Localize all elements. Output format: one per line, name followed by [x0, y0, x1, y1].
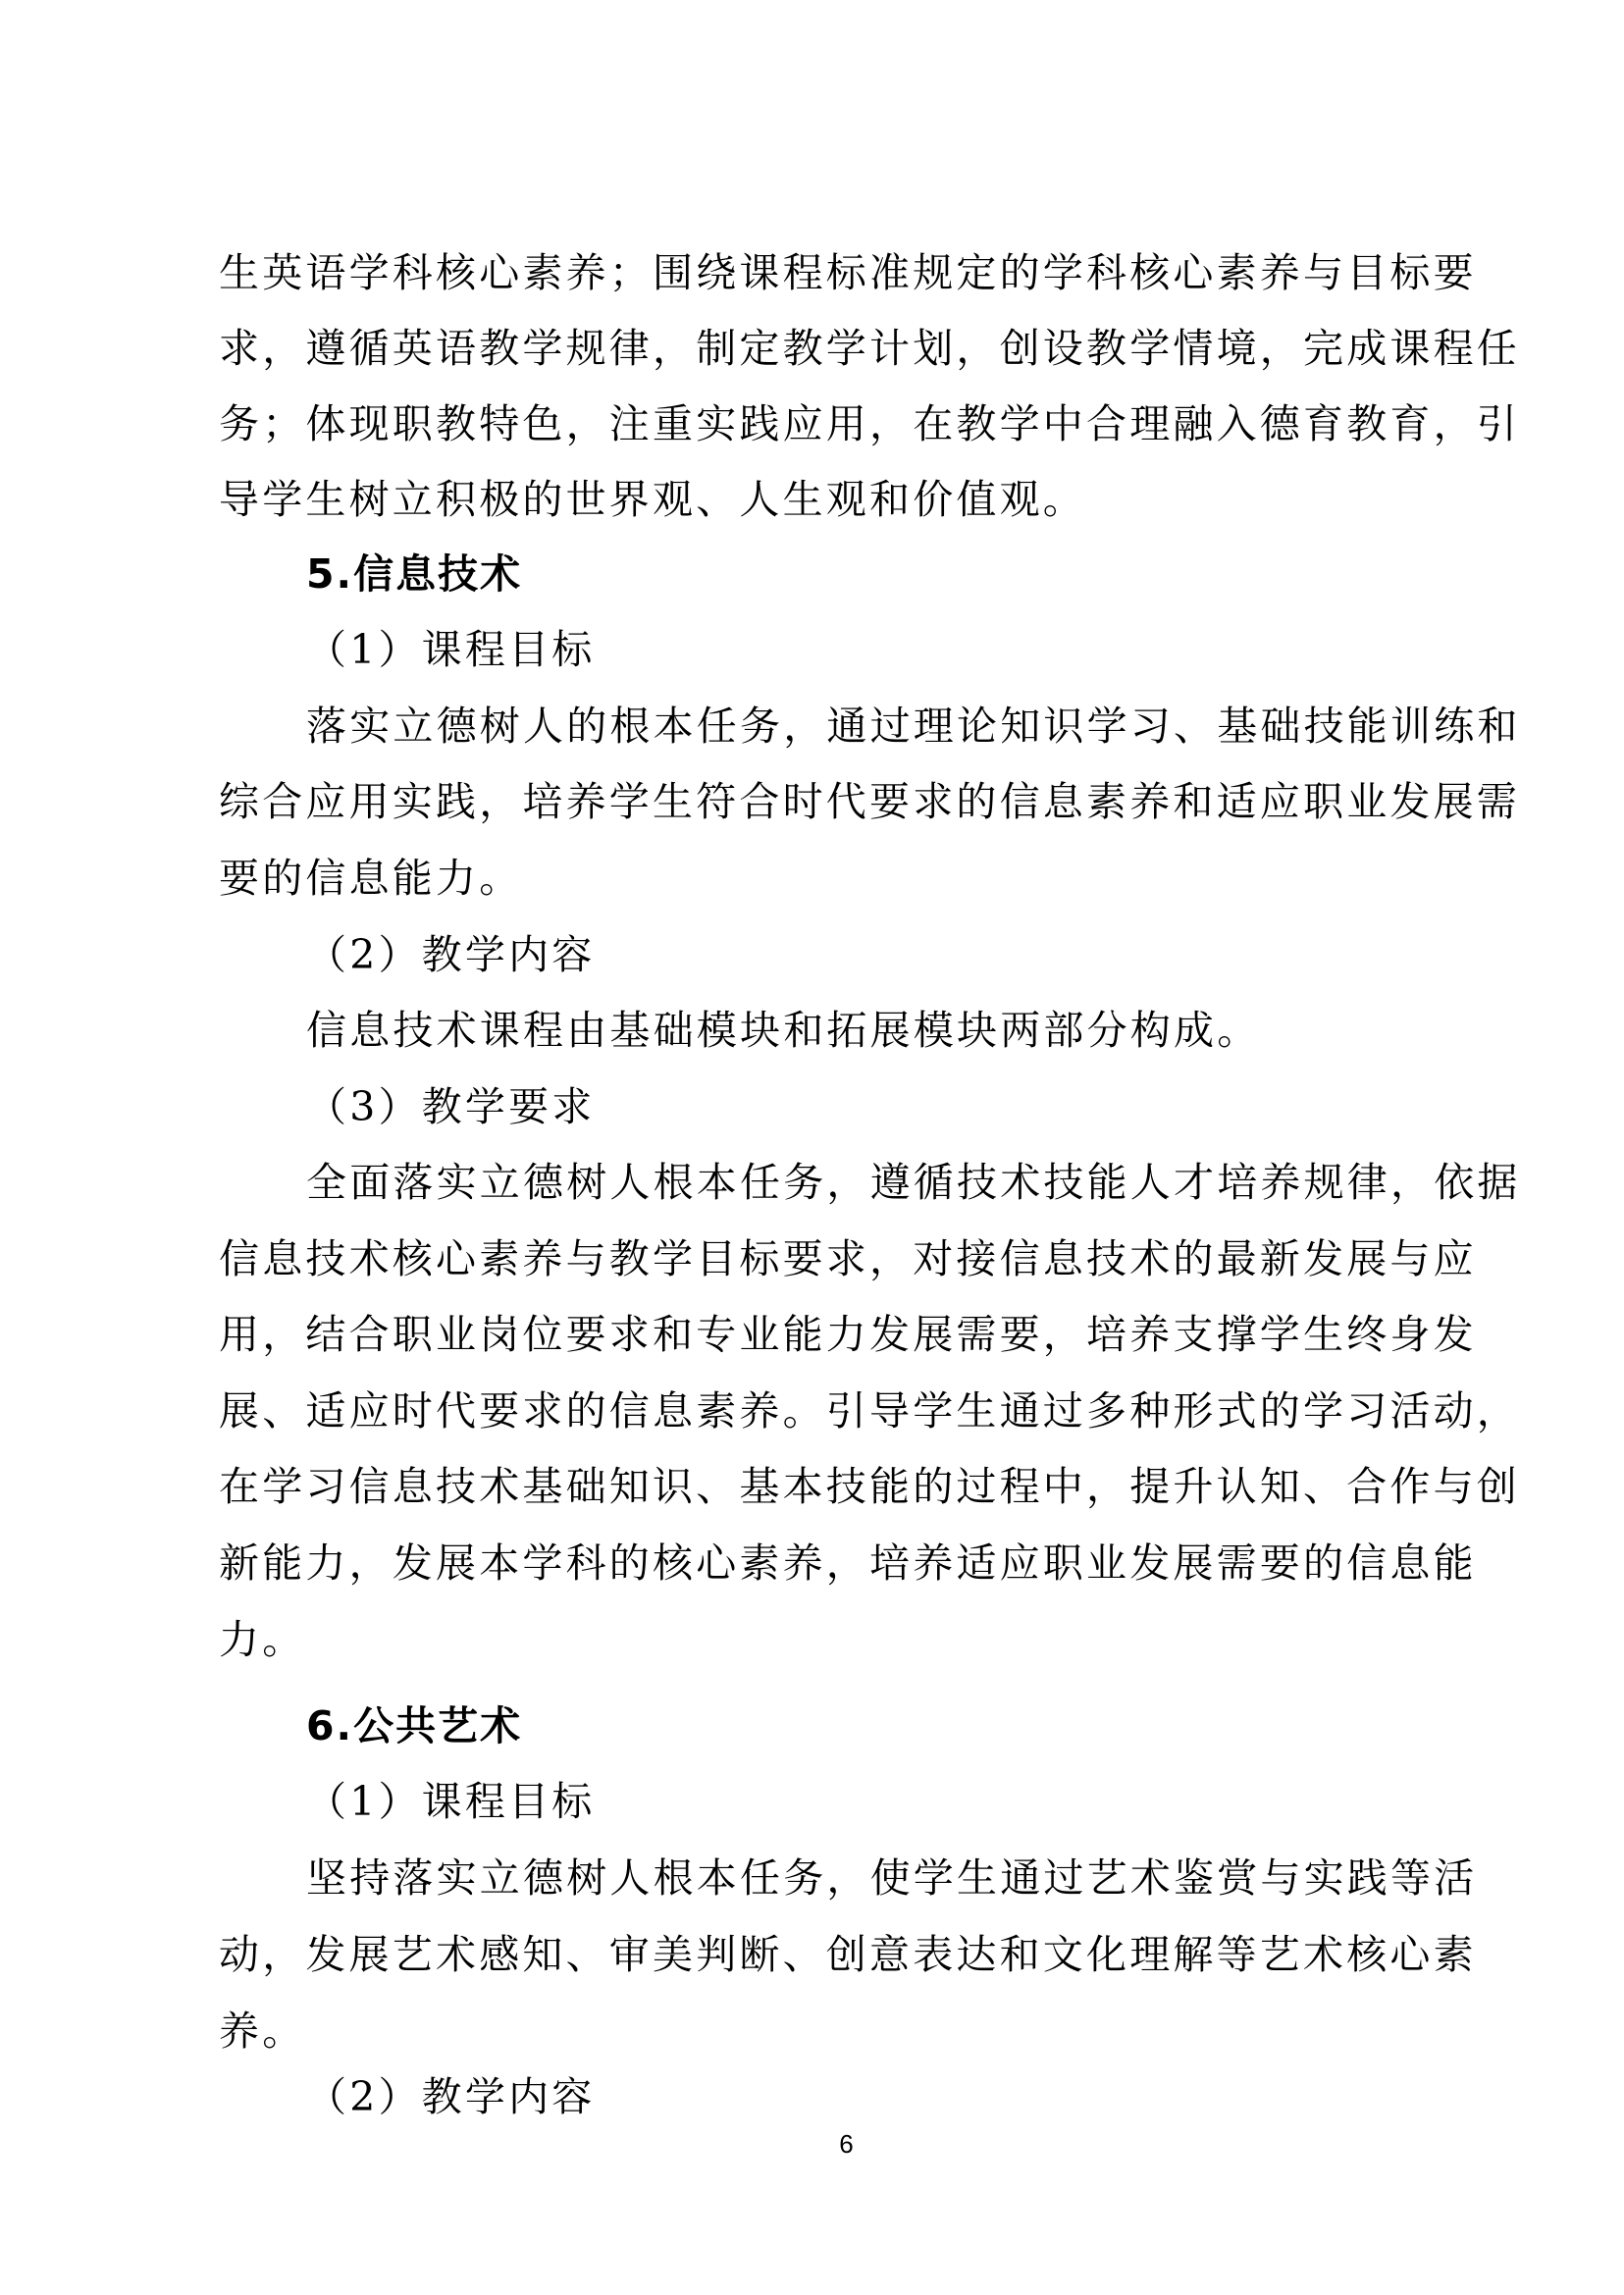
paragraph-line: 在学习信息技术基础知识、基本技能的过程中，提升认知、合作与创 — [219, 1457, 1520, 1516]
page-number: 6 — [0, 2129, 1624, 2160]
subheading-teaching-requirements: （3）教学要求 — [306, 1077, 596, 1136]
paragraph-line: 落实立德树人的根本任务，通过理论知识学习、基础技能训练和 — [306, 697, 1521, 756]
paragraph-line: 用，结合职业岗位要求和专业能力发展需要，培养支撑学生终身发 — [219, 1305, 1477, 1364]
paragraph-line: 要的信息能力。 — [219, 849, 522, 908]
paragraph-line: 养。 — [219, 2002, 305, 2060]
subheading-course-goal: （1）课程目标 — [306, 620, 596, 679]
paragraph-line: 力。 — [219, 1610, 305, 1669]
subheading-teaching-content: （2）教学内容 — [306, 2067, 596, 2126]
paragraph-line: 导学生树立积极的世界观、人生观和价值观。 — [219, 470, 1086, 529]
paragraph-line: 新能力，发展本学科的核心素养，培养适应职业发展需要的信息能 — [219, 1534, 1477, 1592]
paragraph-line: 综合应用实践，培养学生符合时代要求的信息素养和适应职业发展需 — [219, 772, 1520, 831]
subheading-course-goal: （1）课程目标 — [306, 1772, 596, 1831]
section-heading-6: 6.公共艺术 — [306, 1696, 522, 1755]
paragraph-line: 信息技术核心素养与教学目标要求，对接信息技术的最新发展与应 — [219, 1229, 1477, 1288]
document-page: 生英语学科核心素养；围绕课程标准规定的学科核心素养与目标要 求，遵循英语教学规律… — [0, 0, 1624, 2295]
paragraph-line: 求，遵循英语教学规律，制定教学计划，创设教学情境，完成课程任 — [219, 319, 1520, 378]
subheading-teaching-content: （2）教学内容 — [306, 925, 596, 984]
paragraph-line: 生英语学科核心素养；围绕课程标准规定的学科核心素养与目标要 — [219, 243, 1477, 302]
section-heading-5: 5.信息技术 — [306, 545, 522, 603]
paragraph-line: 务；体现职教特色，注重实践应用，在教学中合理融入德育教育，引 — [219, 394, 1520, 453]
paragraph-line: 信息技术课程由基础模块和拓展模块两部分构成。 — [306, 1001, 1260, 1060]
paragraph-line: 全面落实立德树人根本任务，遵循技术技能人才培养规律，依据 — [306, 1153, 1521, 1212]
paragraph-line: 展、适应时代要求的信息素养。引导学生通过多种形式的学习活动， — [219, 1382, 1520, 1440]
paragraph-line: 坚持落实立德树人根本任务，使学生通过艺术鉴赏与实践等活 — [306, 1849, 1477, 1907]
paragraph-line: 动，发展艺术感知、审美判断、创意表达和文化理解等艺术核心素 — [219, 1925, 1477, 1984]
